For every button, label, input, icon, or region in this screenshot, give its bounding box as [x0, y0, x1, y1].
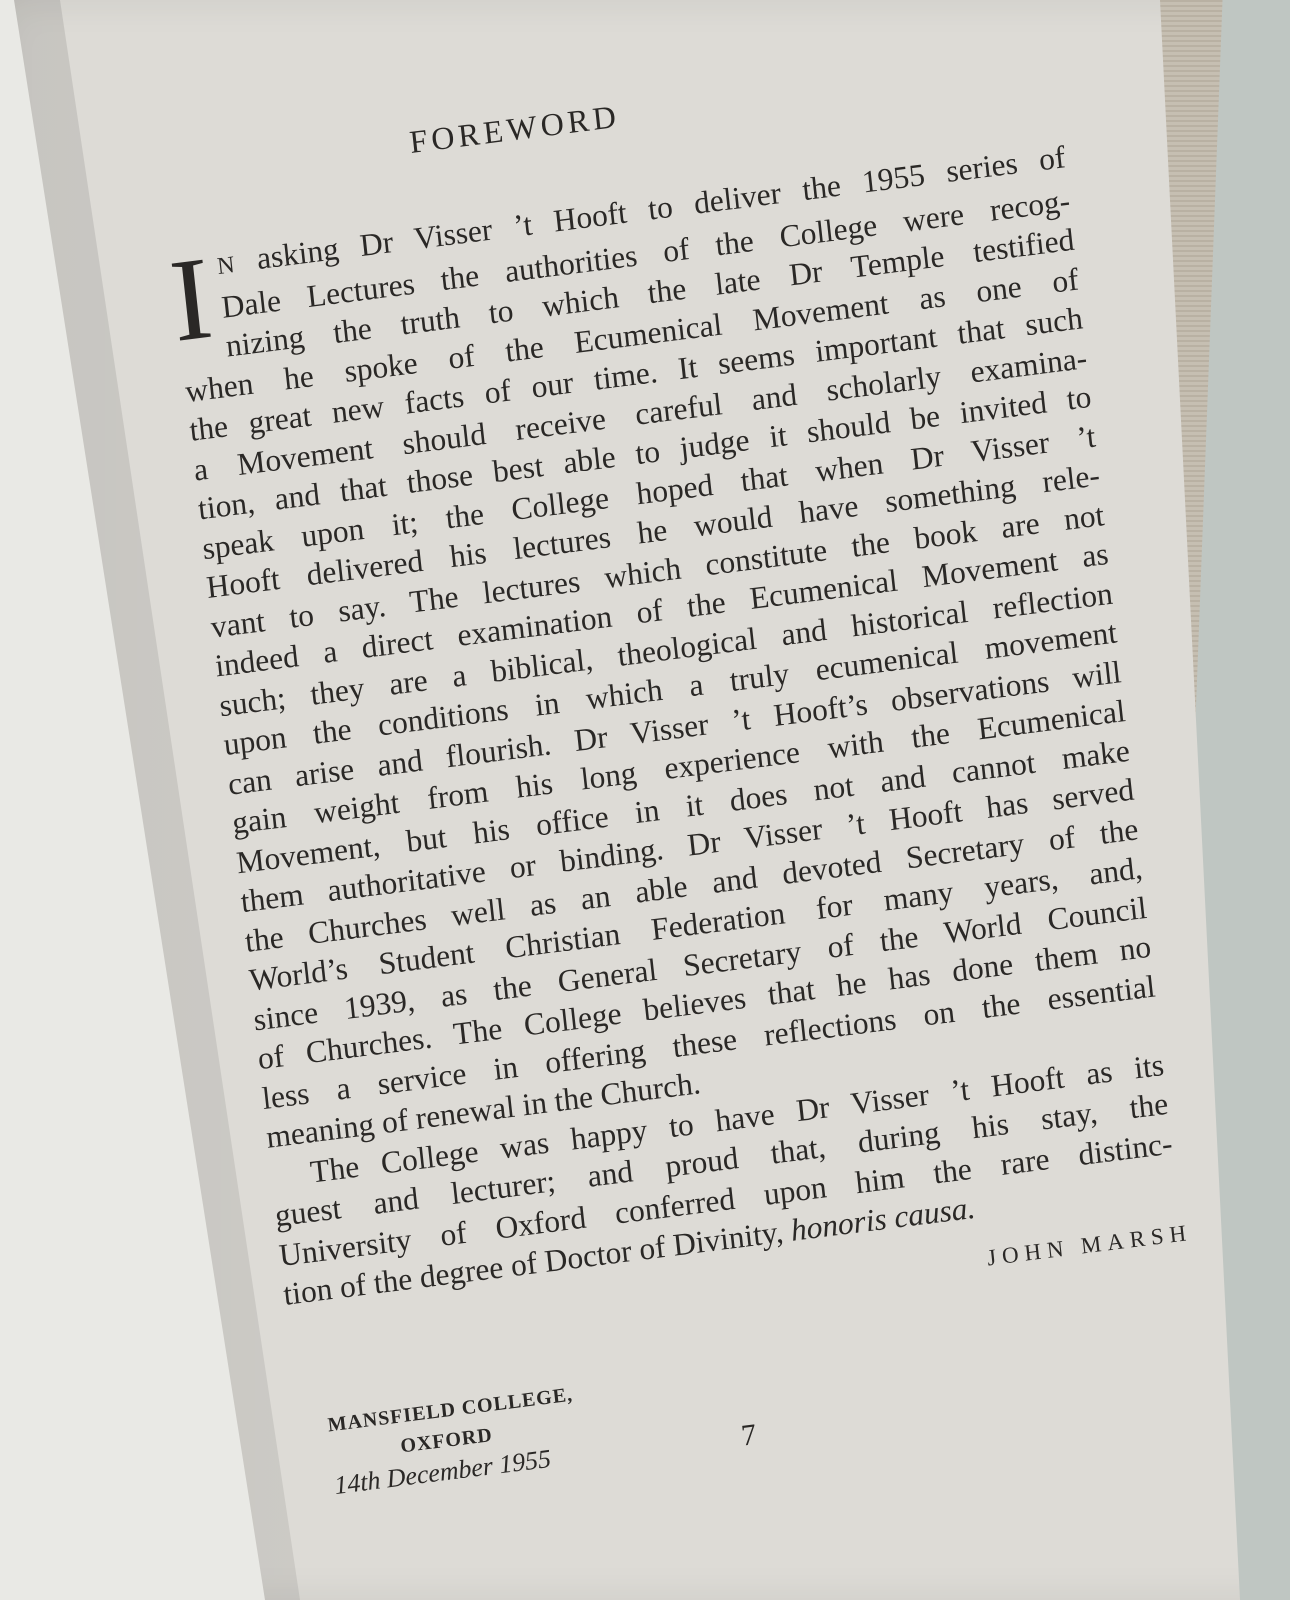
paragraph-1: I N asking Dr Visser ’t Hooft to deliver…: [170, 137, 1161, 1157]
foreword-text-block: FOREWORD I N asking Dr Visser ’t Hooft t…: [170, 137, 1179, 1314]
small-cap: N: [216, 252, 237, 280]
